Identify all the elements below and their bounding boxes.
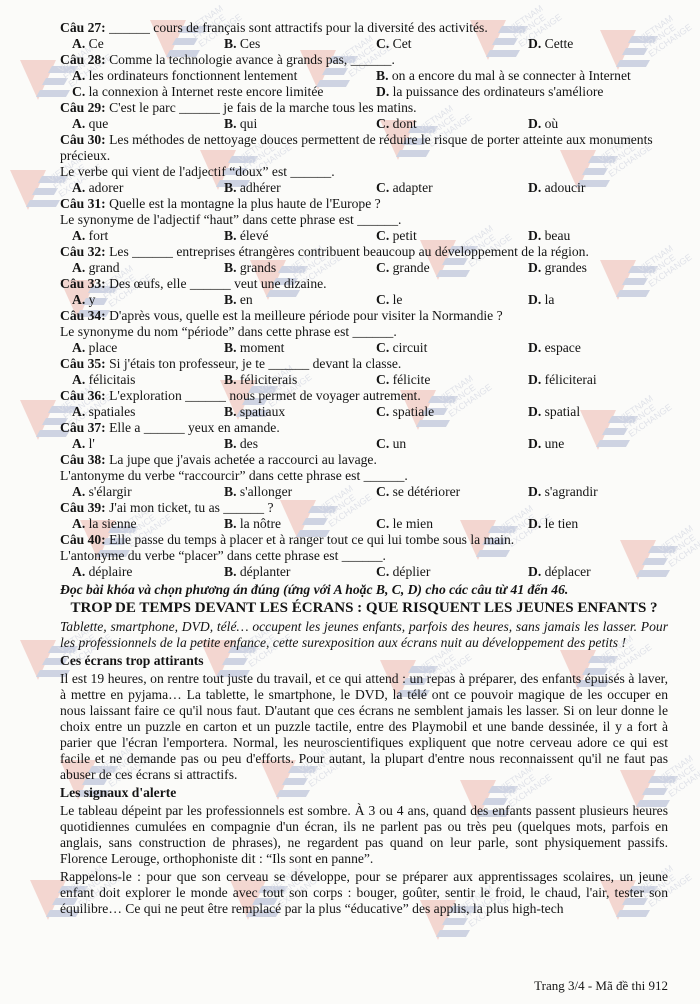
option-text: félicite bbox=[393, 372, 431, 387]
reading-instruction: Đọc bài khóa và chọn phương án đúng (ứng… bbox=[60, 582, 668, 598]
answer-options: A. l'B. desC. unD. une bbox=[60, 436, 668, 452]
answer-option: D. espace bbox=[528, 340, 680, 356]
answer-options: A. yB. enC. leD. la bbox=[60, 292, 668, 308]
answer-option: C. adapter bbox=[376, 180, 528, 196]
option-text: le bbox=[393, 292, 403, 307]
option-text: dont bbox=[393, 116, 417, 131]
answer-option: D. la puissance des ordinateurs s'amélio… bbox=[376, 84, 680, 100]
question-text: Le synonyme de l'adjectif “haut” dans ce… bbox=[60, 212, 401, 227]
option-letter: A. bbox=[72, 484, 85, 499]
answer-options: A. la sienneB. la nôtreC. le mienD. le t… bbox=[60, 516, 668, 532]
answer-option: A. félicitais bbox=[72, 372, 224, 388]
question-number: Câu 34: bbox=[60, 308, 106, 323]
option-letter: C. bbox=[376, 340, 389, 355]
option-letter: A. bbox=[72, 404, 85, 419]
option-letter: A. bbox=[72, 372, 85, 387]
option-letter: D. bbox=[528, 484, 541, 499]
question-stem: Câu 27: ______ cours de français sont at… bbox=[60, 20, 668, 36]
option-letter: A. bbox=[72, 228, 85, 243]
option-text: déplaire bbox=[89, 564, 133, 579]
option-letter: D. bbox=[528, 372, 541, 387]
option-text: Cet bbox=[393, 36, 412, 51]
question: Câu 33: Des œufs, elle ______ veut une d… bbox=[60, 276, 668, 308]
question-text: Comme la technologie avance à grands pas… bbox=[109, 52, 395, 67]
answer-option: A. y bbox=[72, 292, 224, 308]
option-text: y bbox=[89, 292, 96, 307]
option-letter: A. bbox=[72, 516, 85, 531]
option-text: se détériorer bbox=[393, 484, 461, 499]
answer-option: C. le mien bbox=[376, 516, 528, 532]
question-number: Câu 31: bbox=[60, 196, 106, 211]
passage-lead: Tablette, smartphone, DVD, télé… occupen… bbox=[60, 619, 668, 651]
option-letter: A. bbox=[72, 260, 85, 275]
option-letter: B. bbox=[224, 404, 236, 419]
question-number: Câu 30: bbox=[60, 132, 106, 147]
answer-option: B. des bbox=[224, 436, 376, 452]
option-letter: C. bbox=[376, 564, 389, 579]
option-text: le mien bbox=[393, 516, 433, 531]
option-letter: D. bbox=[528, 516, 541, 531]
question-subline: Le synonyme de l'adjectif “haut” dans ce… bbox=[60, 212, 668, 228]
answer-option: C. se détériorer bbox=[376, 484, 528, 500]
option-text: que bbox=[89, 116, 109, 131]
answer-option: C. Cet bbox=[376, 36, 528, 52]
option-letter: C. bbox=[376, 228, 389, 243]
question-text: Quelle est la montagne la plus haute de … bbox=[109, 196, 381, 211]
answer-option: A. l' bbox=[72, 436, 224, 452]
option-text: Ce bbox=[89, 36, 104, 51]
option-text: un bbox=[393, 436, 407, 451]
question-number: Câu 38: bbox=[60, 452, 106, 467]
option-text: grand bbox=[89, 260, 120, 275]
question-text: Si j'étais ton professeur, je te ______ … bbox=[109, 356, 401, 371]
option-text: féliciterais bbox=[240, 372, 297, 387]
option-letter: B. bbox=[224, 516, 236, 531]
option-text: adhérer bbox=[240, 180, 281, 195]
option-letter: B. bbox=[376, 68, 388, 83]
answer-option: A. déplaire bbox=[72, 564, 224, 580]
question-text: L'antonyme du verbe “raccourcir” dans ce… bbox=[60, 468, 408, 483]
answer-option: D. la bbox=[528, 292, 680, 308]
answer-option: A. grand bbox=[72, 260, 224, 276]
question-number: Câu 37: bbox=[60, 420, 106, 435]
option-text: petit bbox=[393, 228, 417, 243]
question-text: ______ cours de français sont attractifs… bbox=[109, 20, 488, 35]
question-text: C'est le parc ______ je fais de la march… bbox=[109, 100, 416, 115]
answer-options: A. CeB. CesC. CetD. Cette bbox=[60, 36, 668, 52]
option-letter: B. bbox=[224, 484, 236, 499]
question-list: Câu 27: ______ cours de français sont at… bbox=[60, 20, 668, 580]
question-text: La jupe que j'avais achetée a raccourci … bbox=[109, 452, 377, 467]
question: Câu 27: ______ cours de français sont at… bbox=[60, 20, 668, 52]
answer-option: C. félicite bbox=[376, 372, 528, 388]
option-text: adoucir bbox=[545, 180, 586, 195]
answer-option: D. où bbox=[528, 116, 680, 132]
passage-heading-1: Ces écrans trop attirants bbox=[60, 653, 668, 669]
option-text: la sienne bbox=[89, 516, 137, 531]
option-letter: D. bbox=[528, 228, 541, 243]
answer-options: A. grandB. grandsC. grandeD. grandes bbox=[60, 260, 668, 276]
question-text: D'après vous, quelle est la meilleure pé… bbox=[109, 308, 503, 323]
answer-option: B. grands bbox=[224, 260, 376, 276]
option-letter: C. bbox=[376, 180, 389, 195]
option-text: beau bbox=[545, 228, 571, 243]
option-text: adapter bbox=[393, 180, 433, 195]
question-number: Câu 28: bbox=[60, 52, 106, 67]
answer-option: B. adhérer bbox=[224, 180, 376, 196]
answer-options: A. fortB. élevéC. petitD. beau bbox=[60, 228, 668, 244]
answer-option: B. spatiaux bbox=[224, 404, 376, 420]
option-text: en bbox=[240, 292, 253, 307]
option-text: élevé bbox=[240, 228, 269, 243]
passage-title: TROP DE TEMPS DEVANT LES ÉCRANS : QUE RI… bbox=[60, 599, 668, 617]
page-footer: Trang 3/4 - Mã đề thi 912 bbox=[534, 978, 668, 994]
answer-option: B. féliciterais bbox=[224, 372, 376, 388]
question-number: Câu 33: bbox=[60, 276, 106, 291]
answer-option: B. en bbox=[224, 292, 376, 308]
question-stem: Câu 31: Quelle est la montagne la plus h… bbox=[60, 196, 668, 212]
option-text: on a encore du mal à se connecter à Inte… bbox=[392, 68, 631, 83]
question-stem: Câu 34: D'après vous, quelle est la meil… bbox=[60, 308, 668, 324]
option-text: fort bbox=[89, 228, 109, 243]
question-stem: Câu 33: Des œufs, elle ______ veut une d… bbox=[60, 276, 668, 292]
question-number: Câu 27: bbox=[60, 20, 106, 35]
option-text: déplanter bbox=[240, 564, 291, 579]
option-text: grandes bbox=[545, 260, 587, 275]
answer-option: C. dont bbox=[376, 116, 528, 132]
answer-option: C. spatiale bbox=[376, 404, 528, 420]
option-text: spatial bbox=[545, 404, 581, 419]
option-letter: A. bbox=[72, 68, 85, 83]
answer-option: D. une bbox=[528, 436, 680, 452]
answer-option: D. le tien bbox=[528, 516, 680, 532]
option-text: déplier bbox=[393, 564, 431, 579]
option-letter: B. bbox=[224, 564, 236, 579]
question: Câu 35: Si j'étais ton professeur, je te… bbox=[60, 356, 668, 388]
question: Câu 38: La jupe que j'avais achetée a ra… bbox=[60, 452, 668, 500]
option-text: grande bbox=[393, 260, 430, 275]
option-text: spatiale bbox=[393, 404, 435, 419]
option-letter: C. bbox=[376, 484, 389, 499]
question-stem: Câu 32: Les ______ entreprises étrangère… bbox=[60, 244, 668, 260]
option-letter: C. bbox=[376, 516, 389, 531]
question-number: Câu 35: bbox=[60, 356, 106, 371]
question-text: J'ai mon ticket, tu as ______ ? bbox=[109, 500, 273, 515]
answer-options: A. placeB. momentC. circuitD. espace bbox=[60, 340, 668, 356]
option-letter: C. bbox=[376, 372, 389, 387]
option-letter: B. bbox=[224, 292, 236, 307]
question-text: Elle a ______ yeux en amande. bbox=[109, 420, 280, 435]
option-letter: D. bbox=[376, 84, 389, 99]
answer-option: A. les ordinateurs fonctionnent lentemen… bbox=[72, 68, 376, 84]
answer-options: A. spatialesB. spatiauxC. spatialeD. spa… bbox=[60, 404, 668, 420]
question-text: L'antonyme du verbe “placer” dans cette … bbox=[60, 548, 386, 563]
question-subline: Le synonyme du nom “période” dans cette … bbox=[60, 324, 668, 340]
answer-option: B. s'allonger bbox=[224, 484, 376, 500]
option-letter: C. bbox=[376, 36, 389, 51]
answer-option: A. fort bbox=[72, 228, 224, 244]
option-letter: C. bbox=[376, 260, 389, 275]
answer-option: C. un bbox=[376, 436, 528, 452]
answer-option: D. déplacer bbox=[528, 564, 680, 580]
option-text: spatiales bbox=[89, 404, 136, 419]
answer-option: B. élevé bbox=[224, 228, 376, 244]
option-text: Ces bbox=[240, 36, 260, 51]
answer-option: A. la sienne bbox=[72, 516, 224, 532]
question-stem: Câu 36: L'exploration ______ nous permet… bbox=[60, 388, 668, 404]
option-text: la nôtre bbox=[240, 516, 281, 531]
answer-option: A. que bbox=[72, 116, 224, 132]
answer-options: A. les ordinateurs fonctionnent lentemen… bbox=[60, 68, 668, 100]
answer-option: D. spatial bbox=[528, 404, 680, 420]
question-text: Les méthodes de nettoyage douces permett… bbox=[60, 132, 653, 163]
answer-option: B. on a encore du mal à se connecter à I… bbox=[376, 68, 680, 84]
reading-section: Đọc bài khóa và chọn phương án đúng (ứng… bbox=[60, 582, 668, 917]
question-subline: L'antonyme du verbe “placer” dans cette … bbox=[60, 548, 668, 564]
answer-option: D. beau bbox=[528, 228, 680, 244]
option-letter: D. bbox=[528, 260, 541, 275]
question-stem: Câu 37: Elle a ______ yeux en amande. bbox=[60, 420, 668, 436]
option-letter: A. bbox=[72, 116, 85, 131]
answer-option: B. Ces bbox=[224, 36, 376, 52]
option-letter: D. bbox=[528, 116, 541, 131]
option-letter: C. bbox=[376, 116, 389, 131]
question-number: Câu 32: bbox=[60, 244, 106, 259]
answer-option: B. qui bbox=[224, 116, 376, 132]
option-text: adorer bbox=[89, 180, 124, 195]
question: Câu 37: Elle a ______ yeux en amande.A. … bbox=[60, 420, 668, 452]
answer-option: C. grande bbox=[376, 260, 528, 276]
question-subline: L'antonyme du verbe “raccourcir” dans ce… bbox=[60, 468, 668, 484]
question-stem: Câu 35: Si j'étais ton professeur, je te… bbox=[60, 356, 668, 372]
option-text: qui bbox=[240, 116, 257, 131]
option-text: la connexion à Internet reste encore lim… bbox=[89, 84, 324, 99]
option-text: une bbox=[545, 436, 565, 451]
option-letter: B. bbox=[224, 340, 236, 355]
option-letter: B. bbox=[224, 372, 236, 387]
option-text: s'agrandir bbox=[545, 484, 598, 499]
passage-paragraph-2: Le tableau dépeint par les professionnel… bbox=[60, 803, 668, 867]
answer-option: B. moment bbox=[224, 340, 376, 356]
option-letter: B. bbox=[224, 436, 236, 451]
question-text: L'exploration ______ nous permet de voya… bbox=[109, 388, 421, 403]
answer-option: B. la nôtre bbox=[224, 516, 376, 532]
option-letter: A. bbox=[72, 564, 85, 579]
answer-option: C. le bbox=[376, 292, 528, 308]
answer-options: A. félicitaisB. féliciteraisC. féliciteD… bbox=[60, 372, 668, 388]
answer-option: C. la connexion à Internet reste encore … bbox=[72, 84, 376, 100]
answer-option: D. s'agrandir bbox=[528, 484, 680, 500]
answer-option: A. adorer bbox=[72, 180, 224, 196]
option-text: espace bbox=[545, 340, 581, 355]
question-number: Câu 40: bbox=[60, 532, 106, 547]
question-stem: Câu 38: La jupe que j'avais achetée a ra… bbox=[60, 452, 668, 468]
question: Câu 32: Les ______ entreprises étrangère… bbox=[60, 244, 668, 276]
option-text: circuit bbox=[393, 340, 428, 355]
answer-option: C. déplier bbox=[376, 564, 528, 580]
option-letter: B. bbox=[224, 36, 236, 51]
option-letter: D. bbox=[528, 292, 541, 307]
option-letter: A. bbox=[72, 292, 85, 307]
option-letter: C. bbox=[376, 292, 389, 307]
question: Câu 36: L'exploration ______ nous permet… bbox=[60, 388, 668, 420]
option-letter: D. bbox=[528, 404, 541, 419]
option-text: grands bbox=[240, 260, 276, 275]
option-text: s'élargir bbox=[89, 484, 132, 499]
option-text: où bbox=[545, 116, 559, 131]
option-text: l' bbox=[89, 436, 95, 451]
option-letter: A. bbox=[72, 436, 85, 451]
answer-options: A. déplaireB. déplanterC. déplierD. dépl… bbox=[60, 564, 668, 580]
question: Câu 28: Comme la technologie avance à gr… bbox=[60, 52, 668, 100]
answer-option: D. adoucir bbox=[528, 180, 680, 196]
answer-option: A. spatiales bbox=[72, 404, 224, 420]
answer-option: A. place bbox=[72, 340, 224, 356]
question-number: Câu 36: bbox=[60, 388, 106, 403]
question-stem: Câu 29: C'est le parc ______ je fais de … bbox=[60, 100, 668, 116]
option-text: s'allonger bbox=[240, 484, 292, 499]
question-number: Câu 29: bbox=[60, 100, 106, 115]
question-stem: Câu 40: Elle passe du temps à placer et … bbox=[60, 532, 668, 548]
answer-option: A. s'élargir bbox=[72, 484, 224, 500]
option-text: la puissance des ordinateurs s'améliore bbox=[393, 84, 604, 99]
option-text: moment bbox=[240, 340, 285, 355]
answer-option: C. petit bbox=[376, 228, 528, 244]
option-letter: B. bbox=[224, 228, 236, 243]
option-letter: A. bbox=[72, 36, 85, 51]
option-letter: D. bbox=[528, 180, 541, 195]
question-number: Câu 39: bbox=[60, 500, 106, 515]
option-text: déplacer bbox=[545, 564, 591, 579]
question-text: Les ______ entreprises étrangères contri… bbox=[109, 244, 589, 259]
question-text: Des œufs, elle ______ veut une dizaine. bbox=[109, 276, 326, 291]
question: Câu 40: Elle passe du temps à placer et … bbox=[60, 532, 668, 580]
answer-option: D. grandes bbox=[528, 260, 680, 276]
option-text: le tien bbox=[545, 516, 579, 531]
option-letter: C. bbox=[72, 84, 85, 99]
option-letter: B. bbox=[224, 260, 236, 275]
answer-options: A. adorerB. adhérerC. adapterD. adoucir bbox=[60, 180, 668, 196]
answer-option: D. Cette bbox=[528, 36, 680, 52]
option-letter: B. bbox=[224, 116, 236, 131]
question-stem: Câu 28: Comme la technologie avance à gr… bbox=[60, 52, 668, 68]
option-text: place bbox=[89, 340, 118, 355]
answer-option: C. circuit bbox=[376, 340, 528, 356]
question: Câu 30: Les méthodes de nettoyage douces… bbox=[60, 132, 668, 196]
option-letter: D. bbox=[528, 36, 541, 51]
answer-option: D. féliciterai bbox=[528, 372, 680, 388]
passage-paragraph-3: Rappelons-le : pour que son cerveau se d… bbox=[60, 869, 668, 917]
option-text: la bbox=[545, 292, 555, 307]
exam-page: Câu 27: ______ cours de français sont at… bbox=[60, 20, 668, 917]
answer-options: A. queB. quiC. dontD. où bbox=[60, 116, 668, 132]
question-subline: Le verbe qui vient de l'adjectif “doux” … bbox=[60, 164, 668, 180]
option-letter: A. bbox=[72, 340, 85, 355]
question: Câu 39: J'ai mon ticket, tu as ______ ?A… bbox=[60, 500, 668, 532]
answer-option: A. Ce bbox=[72, 36, 224, 52]
option-text: les ordinateurs fonctionnent lentement bbox=[89, 68, 298, 83]
option-text: spatiaux bbox=[240, 404, 285, 419]
option-letter: D. bbox=[528, 564, 541, 579]
option-letter: D. bbox=[528, 436, 541, 451]
question-stem: Câu 39: J'ai mon ticket, tu as ______ ? bbox=[60, 500, 668, 516]
question: Câu 29: C'est le parc ______ je fais de … bbox=[60, 100, 668, 132]
option-text: féliciterai bbox=[545, 372, 597, 387]
option-letter: C. bbox=[376, 404, 389, 419]
option-letter: A. bbox=[72, 180, 85, 195]
answer-option: B. déplanter bbox=[224, 564, 376, 580]
question-text: Le verbe qui vient de l'adjectif “doux” … bbox=[60, 164, 335, 179]
question: Câu 34: D'après vous, quelle est la meil… bbox=[60, 308, 668, 356]
option-letter: D. bbox=[528, 340, 541, 355]
question: Câu 31: Quelle est la montagne la plus h… bbox=[60, 196, 668, 244]
option-text: Cette bbox=[545, 36, 574, 51]
answer-options: A. s'élargirB. s'allongerC. se détériore… bbox=[60, 484, 668, 500]
option-text: des bbox=[240, 436, 258, 451]
passage-heading-2: Les signaux d'alerte bbox=[60, 785, 668, 801]
option-text: félicitais bbox=[89, 372, 136, 387]
question-text: Le synonyme du nom “période” dans cette … bbox=[60, 324, 397, 339]
passage-paragraph-1: Il est 19 heures, on rentre tout juste d… bbox=[60, 671, 668, 783]
option-letter: C. bbox=[376, 436, 389, 451]
question-text: Elle passe du temps à placer et à ranger… bbox=[109, 532, 514, 547]
option-letter: B. bbox=[224, 180, 236, 195]
question-stem: Câu 30: Les méthodes de nettoyage douces… bbox=[60, 132, 668, 164]
